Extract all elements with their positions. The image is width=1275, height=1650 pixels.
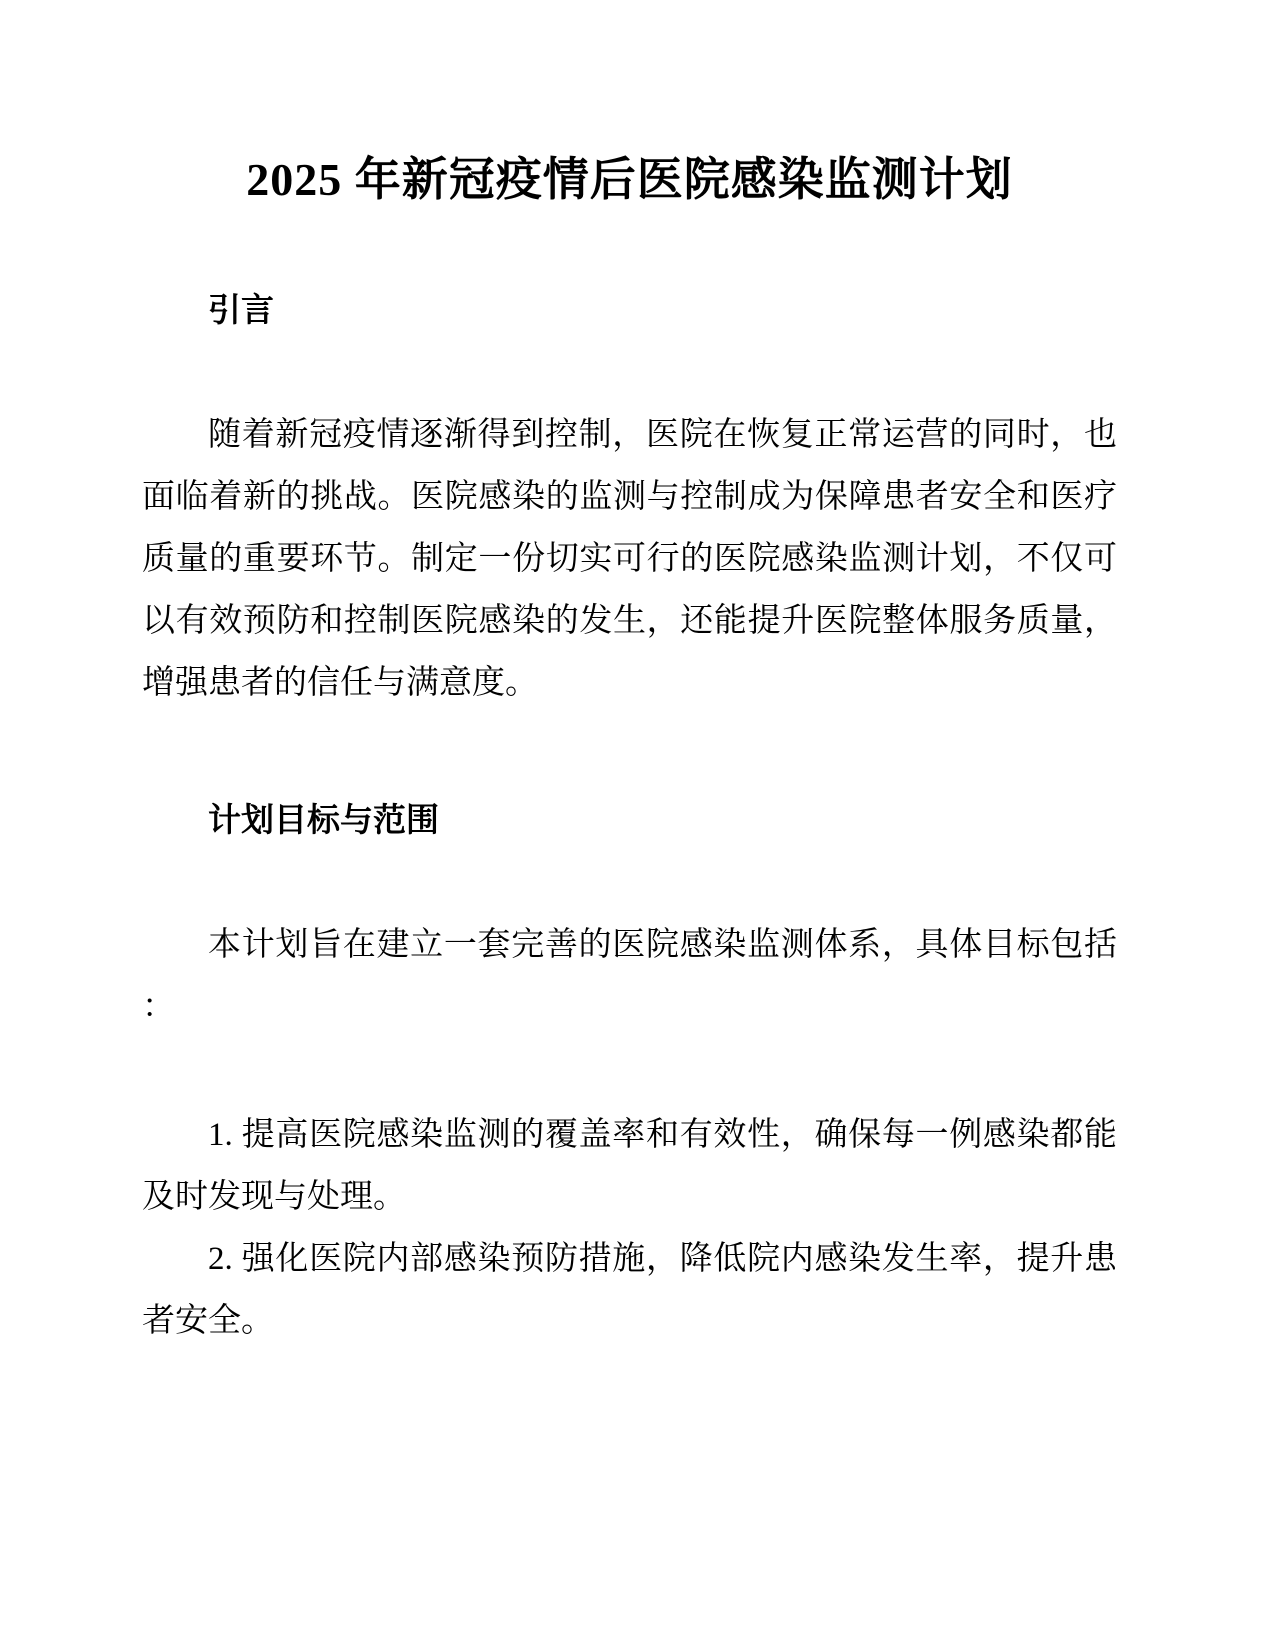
paragraph-line: ： [142,976,1117,1038]
objective-item-1: 1. 提高医院感染监测的覆盖率和有效性，确保每一例感染都能 及时发现与处理。 [142,1104,1117,1228]
heading-objectives-scope: 计划目标与范围 [142,789,1117,851]
introduction-paragraph: 随着新冠疫情逐渐得到控制，医院在恢复正常运营的同时，也 面临着新的挑战。医院感染… [142,404,1117,714]
document-page: 2025 年新冠疫情后医院感染监测计划 引言 随着新冠疫情逐渐得到控制，医院在恢… [0,0,1275,1650]
paragraph-line: 以有效预防和控制医院感染的发生，还能提升医院整体服务质量， [142,590,1117,652]
paragraph-line: 1. 提高医院感染监测的覆盖率和有效性，确保每一例感染都能 [142,1104,1117,1166]
paragraph-line: 增强患者的信任与满意度。 [142,652,1117,714]
objectives-intro-paragraph: 本计划旨在建立一套完善的医院感染监测体系，具体目标包括 ： [142,914,1117,1038]
heading-introduction: 引言 [142,279,1117,341]
paragraph-line: 者安全。 [142,1290,1117,1352]
paragraph-line: 质量的重要环节。制定一份切实可行的医院感染监测计划，不仅可 [142,528,1117,590]
objective-item-2: 2. 强化医院内部感染预防措施，降低院内感染发生率，提升患 者安全。 [142,1228,1117,1352]
paragraph-line: 随着新冠疫情逐渐得到控制，医院在恢复正常运营的同时，也 [142,404,1117,466]
paragraph-line: 面临着新的挑战。医院感染的监测与控制成为保障患者安全和医疗 [142,466,1117,528]
paragraph-line: 2. 强化医院内部感染预防措施，降低院内感染发生率，提升患 [142,1228,1117,1290]
paragraph-line: 及时发现与处理。 [142,1166,1117,1228]
paragraph-line: 本计划旨在建立一套完善的医院感染监测体系，具体目标包括 [142,914,1117,976]
document-title: 2025 年新冠疫情后医院感染监测计划 [142,150,1117,210]
